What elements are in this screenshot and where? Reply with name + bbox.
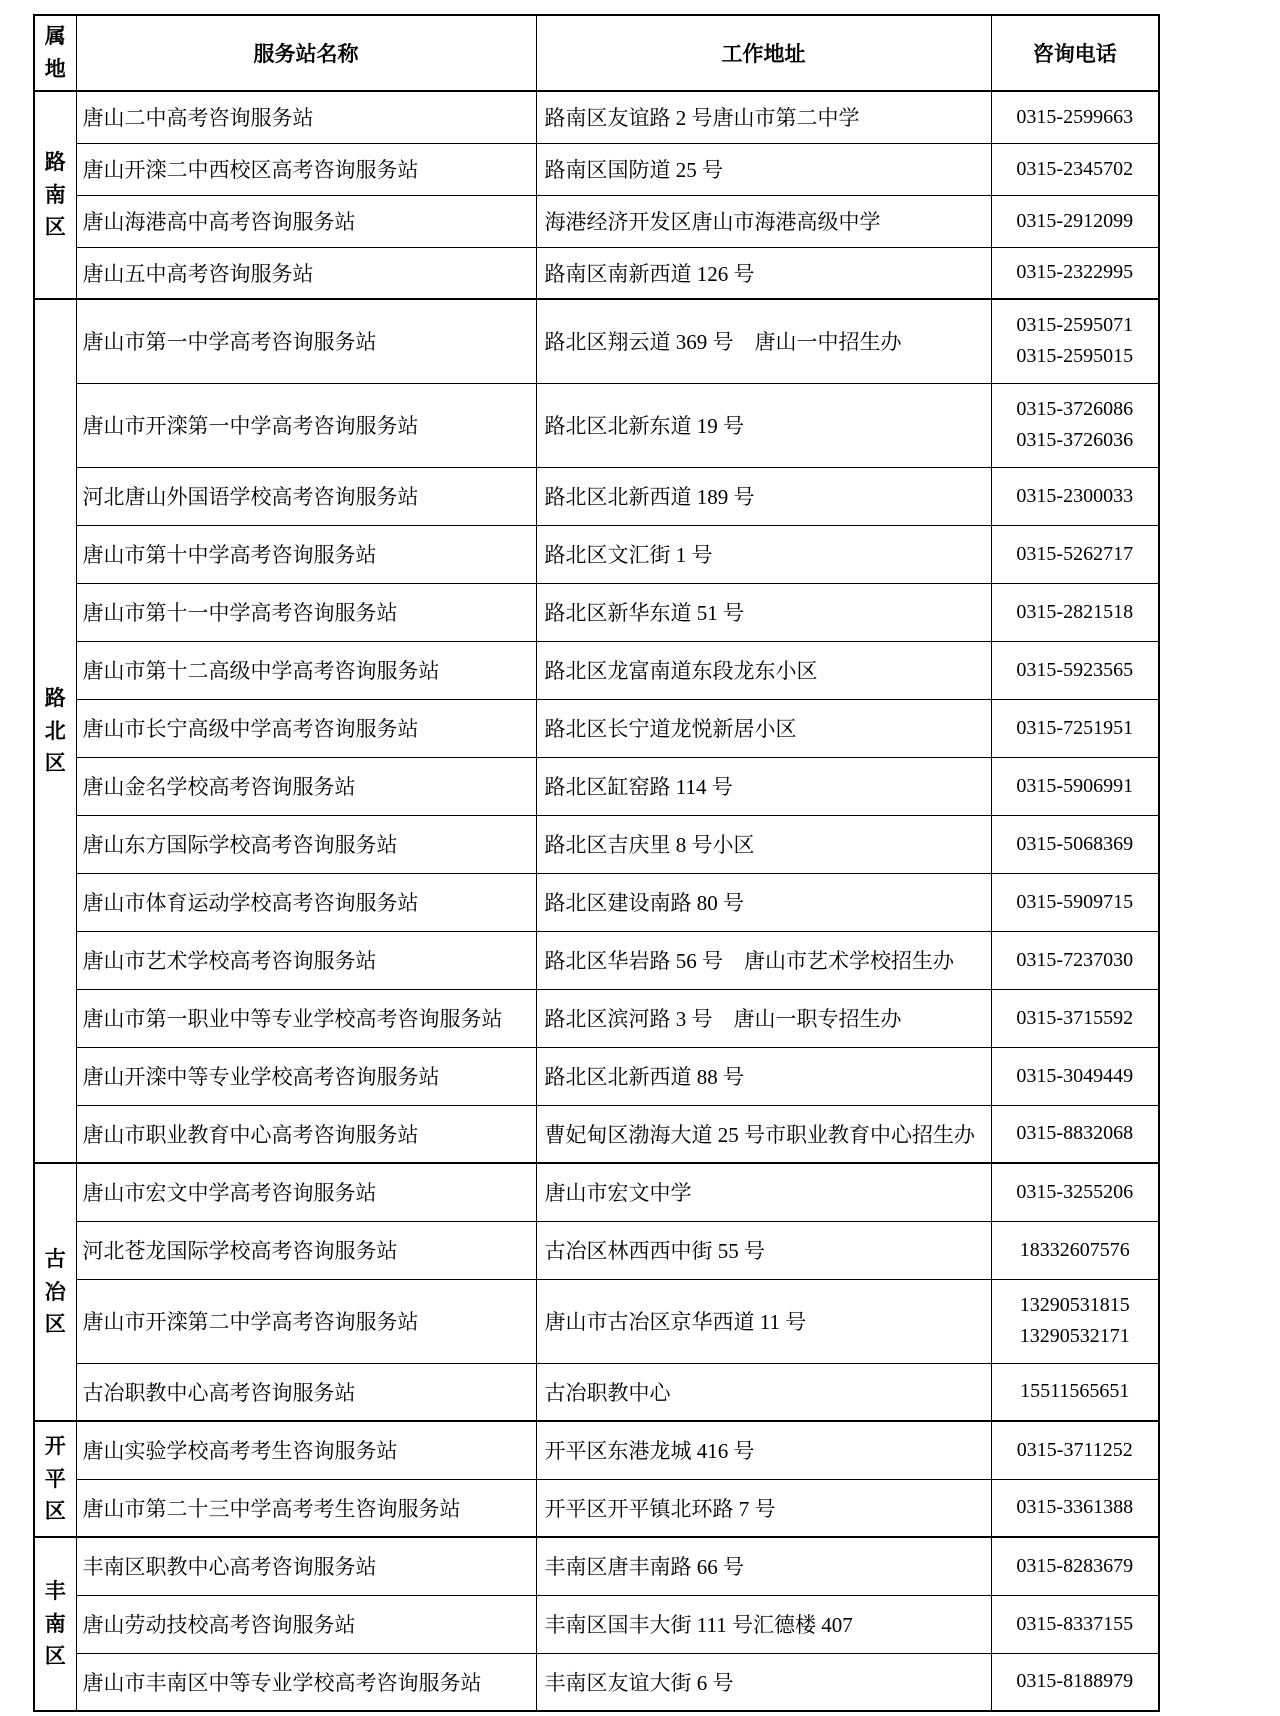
phone-cell: 0315-7237030 (991, 931, 1159, 989)
table-row: 唐山市丰南区中等专业学校高考咨询服务站 丰南区友谊大街 6 号 0315-818… (34, 1653, 1159, 1711)
phone-cell: 0315-3715592 (991, 989, 1159, 1047)
station-name-cell: 河北唐山外国语学校高考咨询服务站 (76, 467, 536, 525)
region-cell-lubei: 路北区 (34, 299, 76, 1163)
address-cell: 路北区长宁道龙悦新居小区 (536, 699, 991, 757)
address-cell: 古冶区林西西中街 55 号 (536, 1221, 991, 1279)
address-cell: 路北区华岩路 56 号 唐山市艺术学校招生办 (536, 931, 991, 989)
phone-cell: 0315-2821518 (991, 583, 1159, 641)
phone-cell: 0315-2345702 (991, 143, 1159, 195)
station-name-cell: 河北苍龙国际学校高考咨询服务站 (76, 1221, 536, 1279)
station-name-cell: 唐山市体育运动学校高考咨询服务站 (76, 873, 536, 931)
header-phone: 咨询电话 (991, 15, 1159, 91)
table-row: 开平区 唐山实验学校高考考生咨询服务站 开平区东港龙城 416 号 0315-3… (34, 1421, 1159, 1479)
header-address: 工作地址 (536, 15, 991, 91)
station-name-cell: 唐山市开滦第二中学高考咨询服务站 (76, 1279, 536, 1363)
station-name-cell: 唐山市职业教育中心高考咨询服务站 (76, 1105, 536, 1163)
table-row: 路北区 唐山市第一中学高考咨询服务站 路北区翔云道 369 号 唐山一中招生办 … (34, 299, 1159, 383)
address-cell: 丰南区国丰大街 111 号汇德楼 407 (536, 1595, 991, 1653)
phone-cell: 0315-3361388 (991, 1479, 1159, 1537)
phone-cell: 0315-3726086 0315-3726036 (991, 383, 1159, 467)
address-cell: 路南区南新西道 126 号 (536, 247, 991, 299)
address-cell: 海港经济开发区唐山市海港高级中学 (536, 195, 991, 247)
address-cell: 路南区国防道 25 号 (536, 143, 991, 195)
phone-cell: 0315-5262717 (991, 525, 1159, 583)
station-name-cell: 丰南区职教中心高考咨询服务站 (76, 1537, 536, 1595)
address-cell: 曹妃甸区渤海大道 25 号市职业教育中心招生办 (536, 1105, 991, 1163)
station-name-cell: 唐山市开滦第一中学高考咨询服务站 (76, 383, 536, 467)
address-cell: 古冶职教中心 (536, 1363, 991, 1421)
table-row: 唐山市职业教育中心高考咨询服务站 曹妃甸区渤海大道 25 号市职业教育中心招生办… (34, 1105, 1159, 1163)
station-name-cell: 唐山市长宁高级中学高考咨询服务站 (76, 699, 536, 757)
phone-cell: 0315-5068369 (991, 815, 1159, 873)
station-name-cell: 唐山五中高考咨询服务站 (76, 247, 536, 299)
table-row: 唐山市第一职业中等专业学校高考咨询服务站 路北区滨河路 3 号 唐山一职专招生办… (34, 989, 1159, 1047)
phone-cell: 0315-2300033 (991, 467, 1159, 525)
phone-cell: 0315-5909715 (991, 873, 1159, 931)
table-row: 唐山开滦中等专业学校高考咨询服务站 路北区北新西道 88 号 0315-3049… (34, 1047, 1159, 1105)
address-cell: 路北区吉庆里 8 号小区 (536, 815, 991, 873)
table-row: 丰南区 丰南区职教中心高考咨询服务站 丰南区唐丰南路 66 号 0315-828… (34, 1537, 1159, 1595)
station-name-cell: 唐山实验学校高考考生咨询服务站 (76, 1421, 536, 1479)
address-cell: 丰南区友谊大街 6 号 (536, 1653, 991, 1711)
station-name-cell: 唐山东方国际学校高考咨询服务站 (76, 815, 536, 873)
region-cell-lunan: 路南区 (34, 91, 76, 299)
station-name-cell: 唐山开滦二中西校区高考咨询服务站 (76, 143, 536, 195)
address-cell: 路北区北新西道 88 号 (536, 1047, 991, 1105)
table-row: 河北唐山外国语学校高考咨询服务站 路北区北新西道 189 号 0315-2300… (34, 467, 1159, 525)
address-cell: 唐山市古冶区京华西道 11 号 (536, 1279, 991, 1363)
table-row: 唐山市第十中学高考咨询服务站 路北区文汇街 1 号 0315-5262717 (34, 525, 1159, 583)
address-cell: 丰南区唐丰南路 66 号 (536, 1537, 991, 1595)
phone-cell: 0315-8188979 (991, 1653, 1159, 1711)
table-row: 唐山市第十一中学高考咨询服务站 路北区新华东道 51 号 0315-282151… (34, 583, 1159, 641)
table-row: 唐山市开滦第一中学高考咨询服务站 路北区北新东道 19 号 0315-37260… (34, 383, 1159, 467)
station-name-cell: 唐山海港高中高考咨询服务站 (76, 195, 536, 247)
phone-cell: 0315-3711252 (991, 1421, 1159, 1479)
region-cell-kaiping: 开平区 (34, 1421, 76, 1537)
station-name-cell: 唐山开滦中等专业学校高考咨询服务站 (76, 1047, 536, 1105)
address-cell: 路北区北新东道 19 号 (536, 383, 991, 467)
table-row: 唐山海港高中高考咨询服务站 海港经济开发区唐山市海港高级中学 0315-2912… (34, 195, 1159, 247)
station-name-cell: 唐山金名学校高考咨询服务站 (76, 757, 536, 815)
address-cell: 开平区东港龙城 416 号 (536, 1421, 991, 1479)
table-row: 唐山开滦二中西校区高考咨询服务站 路南区国防道 25 号 0315-234570… (34, 143, 1159, 195)
table-row: 唐山市艺术学校高考咨询服务站 路北区华岩路 56 号 唐山市艺术学校招生办 03… (34, 931, 1159, 989)
station-name-cell: 唐山市第二十三中学高考考生咨询服务站 (76, 1479, 536, 1537)
region-cell-guye: 古冶区 (34, 1163, 76, 1421)
phone-cell: 0315-5906991 (991, 757, 1159, 815)
station-name-cell: 唐山市第一职业中等专业学校高考咨询服务站 (76, 989, 536, 1047)
header-row: 属地 服务站名称 工作地址 咨询电话 (34, 15, 1159, 91)
phone-cell: 0315-3255206 (991, 1163, 1159, 1221)
address-cell: 开平区开平镇北环路 7 号 (536, 1479, 991, 1537)
consultation-stations-table: 属地 服务站名称 工作地址 咨询电话 路南区 唐山二中高考咨询服务站 路南区友谊… (33, 14, 1160, 1712)
phone-cell: 0315-3049449 (991, 1047, 1159, 1105)
station-name-cell: 唐山市宏文中学高考咨询服务站 (76, 1163, 536, 1221)
address-cell: 唐山市宏文中学 (536, 1163, 991, 1221)
region-cell-fengnan: 丰南区 (34, 1537, 76, 1711)
phone-cell: 18332607576 (991, 1221, 1159, 1279)
phone-cell: 0315-8337155 (991, 1595, 1159, 1653)
phone-cell: 0315-2322995 (991, 247, 1159, 299)
table-row: 路南区 唐山二中高考咨询服务站 路南区友谊路 2 号唐山市第二中学 0315-2… (34, 91, 1159, 143)
table-row: 唐山市开滦第二中学高考咨询服务站 唐山市古冶区京华西道 11 号 1329053… (34, 1279, 1159, 1363)
phone-cell: 0315-5923565 (991, 641, 1159, 699)
address-cell: 路北区翔云道 369 号 唐山一中招生办 (536, 299, 991, 383)
phone-cell: 0315-2599663 (991, 91, 1159, 143)
phone-cell: 13290531815 13290532171 (991, 1279, 1159, 1363)
phone-cell: 0315-8283679 (991, 1537, 1159, 1595)
station-name-cell: 唐山市第一中学高考咨询服务站 (76, 299, 536, 383)
table-row: 唐山金名学校高考咨询服务站 路北区缸窑路 114 号 0315-5906991 (34, 757, 1159, 815)
table-row: 唐山五中高考咨询服务站 路南区南新西道 126 号 0315-2322995 (34, 247, 1159, 299)
phone-cell: 0315-8832068 (991, 1105, 1159, 1163)
phone-cell: 0315-7251951 (991, 699, 1159, 757)
address-cell: 路北区新华东道 51 号 (536, 583, 991, 641)
station-name-cell: 唐山市第十二高级中学高考咨询服务站 (76, 641, 536, 699)
table-row: 古冶职教中心高考咨询服务站 古冶职教中心 15511565651 (34, 1363, 1159, 1421)
phone-cell: 0315-2595071 0315-2595015 (991, 299, 1159, 383)
table-row: 河北苍龙国际学校高考咨询服务站 古冶区林西西中街 55 号 1833260757… (34, 1221, 1159, 1279)
station-name-cell: 唐山市第十中学高考咨询服务站 (76, 525, 536, 583)
station-name-cell: 唐山劳动技校高考咨询服务站 (76, 1595, 536, 1653)
address-cell: 路北区龙富南道东段龙东小区 (536, 641, 991, 699)
address-cell: 路南区友谊路 2 号唐山市第二中学 (536, 91, 991, 143)
station-name-cell: 唐山二中高考咨询服务站 (76, 91, 536, 143)
address-cell: 路北区滨河路 3 号 唐山一职专招生办 (536, 989, 991, 1047)
address-cell: 路北区文汇街 1 号 (536, 525, 991, 583)
table-row: 唐山东方国际学校高考咨询服务站 路北区吉庆里 8 号小区 0315-506836… (34, 815, 1159, 873)
table-row: 唐山劳动技校高考咨询服务站 丰南区国丰大街 111 号汇德楼 407 0315-… (34, 1595, 1159, 1653)
station-name-cell: 唐山市艺术学校高考咨询服务站 (76, 931, 536, 989)
page-root: 属地 服务站名称 工作地址 咨询电话 路南区 唐山二中高考咨询服务站 路南区友谊… (0, 0, 1280, 1712)
header-region: 属地 (34, 15, 76, 91)
table-row: 唐山市长宁高级中学高考咨询服务站 路北区长宁道龙悦新居小区 0315-72519… (34, 699, 1159, 757)
header-station-name: 服务站名称 (76, 15, 536, 91)
address-cell: 路北区北新西道 189 号 (536, 467, 991, 525)
address-cell: 路北区建设南路 80 号 (536, 873, 991, 931)
station-name-cell: 唐山市丰南区中等专业学校高考咨询服务站 (76, 1653, 536, 1711)
table-row: 唐山市体育运动学校高考咨询服务站 路北区建设南路 80 号 0315-59097… (34, 873, 1159, 931)
station-name-cell: 唐山市第十一中学高考咨询服务站 (76, 583, 536, 641)
phone-cell: 15511565651 (991, 1363, 1159, 1421)
station-name-cell: 古冶职教中心高考咨询服务站 (76, 1363, 536, 1421)
table-row: 唐山市第十二高级中学高考咨询服务站 路北区龙富南道东段龙东小区 0315-592… (34, 641, 1159, 699)
address-cell: 路北区缸窑路 114 号 (536, 757, 991, 815)
table-row: 古冶区 唐山市宏文中学高考咨询服务站 唐山市宏文中学 0315-3255206 (34, 1163, 1159, 1221)
phone-cell: 0315-2912099 (991, 195, 1159, 247)
table-row: 唐山市第二十三中学高考考生咨询服务站 开平区开平镇北环路 7 号 0315-33… (34, 1479, 1159, 1537)
